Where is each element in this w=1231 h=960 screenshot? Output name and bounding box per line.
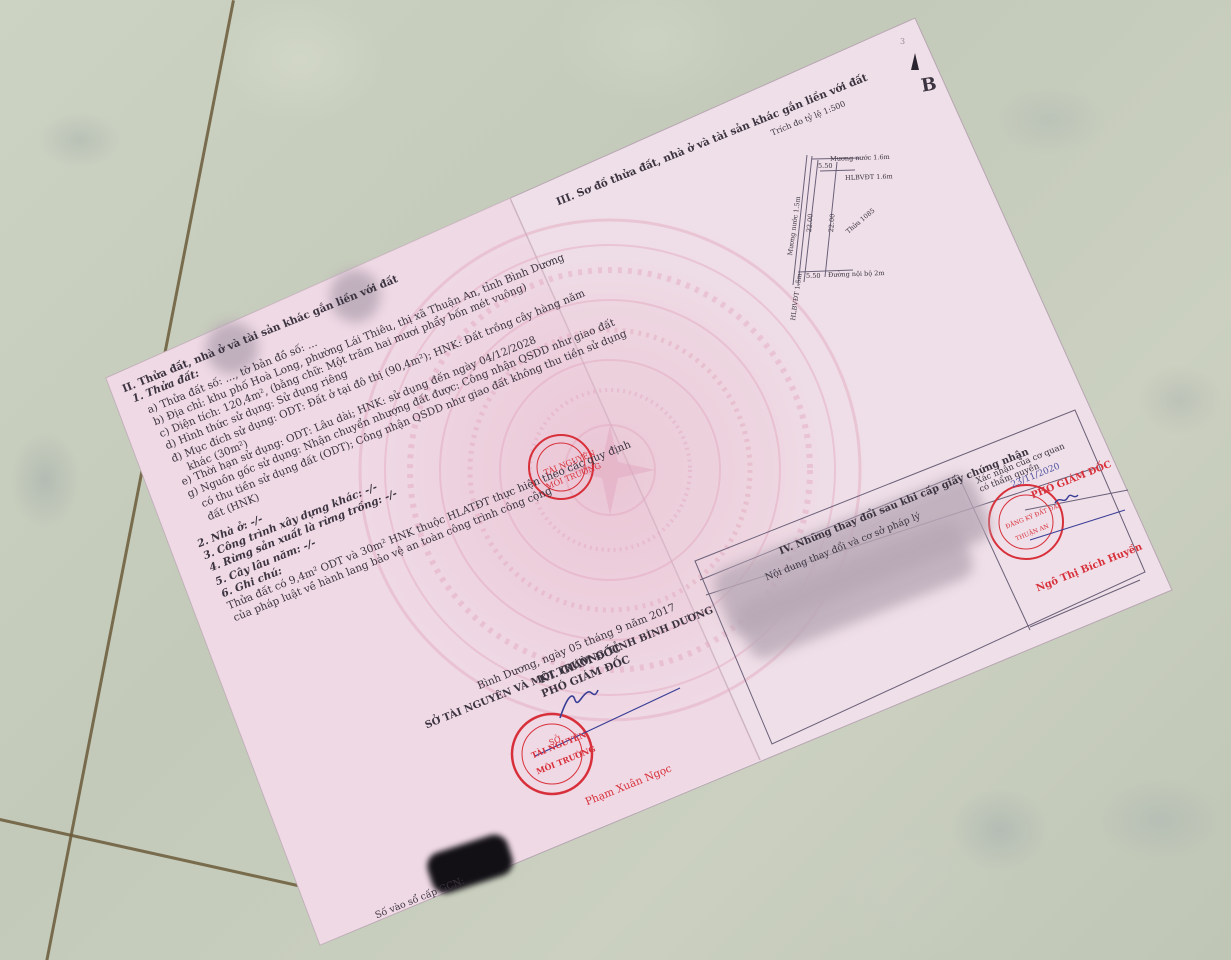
- plot-dimension: 5.50: [806, 273, 820, 280]
- plot-dimension: 22.00: [806, 213, 814, 232]
- plot-label: Mương nước 1.6m: [830, 154, 890, 163]
- plot-label: Đường nội bộ 2m: [828, 270, 885, 278]
- plot-label: HLBVĐT 1.6m: [845, 173, 893, 181]
- page-mark: 3: [900, 38, 905, 46]
- plot-dimension: 22.00: [828, 213, 836, 232]
- north-label: B: [920, 75, 938, 95]
- plot-dimension: 5.50: [818, 163, 832, 170]
- land-certificate: II. Thửa đất, nhà ở và tài sản khác gắn …: [0, 0, 1231, 960]
